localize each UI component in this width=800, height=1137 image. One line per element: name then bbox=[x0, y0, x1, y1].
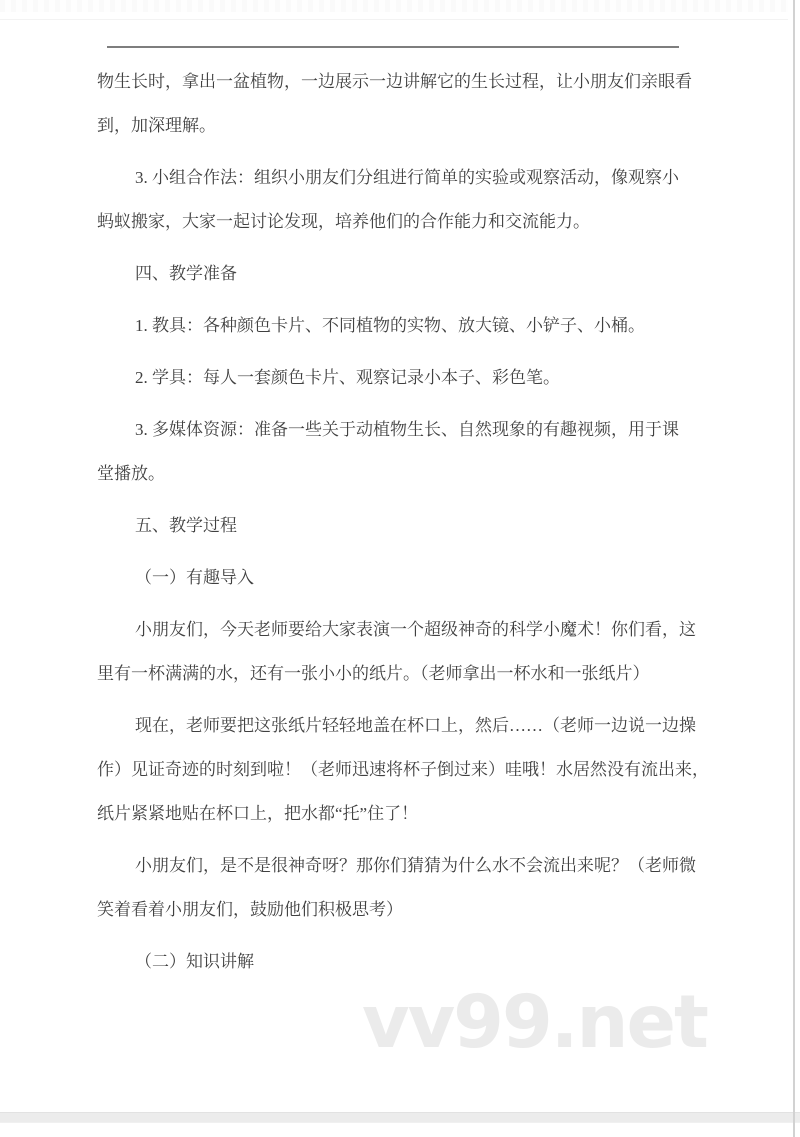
paragraph: 小朋友们，是不是很神奇呀？那你们猜猜为什么水不会流出来呢？（老师微笑着看着小朋友… bbox=[97, 844, 712, 932]
text-line: 里有一杯满满的水，还有一张小小的纸片。（老师拿出一杯水和一张纸片） bbox=[97, 652, 712, 696]
text-line: 堂播放。 bbox=[97, 452, 712, 496]
paragraph: 四、教学准备 bbox=[97, 252, 712, 296]
text-line: 笑着看着小朋友们，鼓励他们积极思考） bbox=[97, 888, 712, 932]
text-line: 3. 小组合作法：组织小朋友们分组进行简单的实验或观察活动，像观察小 bbox=[97, 156, 712, 200]
next-page-top bbox=[0, 1124, 794, 1137]
text-line: （一）有趣导入 bbox=[97, 556, 712, 600]
text-line: 到，加深理解。 bbox=[97, 104, 712, 148]
text-line: 五、教学过程 bbox=[97, 504, 712, 548]
page-gap-separator bbox=[0, 1112, 800, 1123]
document-viewer: 物生长时，拿出一盆植物，一边展示一边讲解它的生长过程，让小朋友们亲眼看到，加深理… bbox=[0, 0, 800, 1137]
paragraph: 五、教学过程 bbox=[97, 504, 712, 548]
text-line: （二）知识讲解 bbox=[97, 940, 712, 984]
text-line: 四、教学准备 bbox=[97, 252, 712, 296]
text-line: 现在，老师要把这张纸片轻轻地盖在杯口上，然后……（老师一边说一边操 bbox=[97, 704, 712, 748]
paragraph: 1. 教具：各种颜色卡片、不同植物的实物、放大镜、小铲子、小桶。 bbox=[97, 304, 712, 348]
paragraph: （一）有趣导入 bbox=[97, 556, 712, 600]
page-right-edge-border bbox=[793, 0, 795, 1137]
document-page: 物生长时，拿出一盆植物，一边展示一边讲解它的生长过程，让小朋友们亲眼看到，加深理… bbox=[0, 0, 794, 1112]
paragraph: （二）知识讲解 bbox=[97, 940, 712, 984]
text-line: 纸片紧紧地贴在杯口上，把水都“托”住了！ bbox=[97, 792, 712, 836]
text-line: 蚂蚁搬家，大家一起讨论发现，培养他们的合作能力和交流能力。 bbox=[97, 200, 712, 244]
paragraph: 物生长时，拿出一盆植物，一边展示一边讲解它的生长过程，让小朋友们亲眼看到，加深理… bbox=[97, 60, 712, 148]
paragraph: 现在，老师要把这张纸片轻轻地盖在杯口上，然后……（老师一边说一边操作）见证奇迹的… bbox=[97, 704, 712, 836]
paragraph: 2. 学具：每人一套颜色卡片、观察记录小本子、彩色笔。 bbox=[97, 356, 712, 400]
text-line: 物生长时，拿出一盆植物，一边展示一边讲解它的生长过程，让小朋友们亲眼看 bbox=[97, 60, 712, 104]
text-line: 1. 教具：各种颜色卡片、不同植物的实物、放大镜、小铲子、小桶。 bbox=[97, 304, 712, 348]
text-line: 作）见证奇迹的时刻到啦！（老师迅速将杯子倒过来）哇哦！水居然没有流出来， bbox=[97, 748, 712, 792]
text-line: 小朋友们，是不是很神奇呀？那你们猜猜为什么水不会流出来呢？（老师微 bbox=[97, 844, 712, 888]
text-line: 3. 多媒体资源：准备一些关于动植物生长、自然现象的有趣视频，用于课 bbox=[97, 408, 712, 452]
watermark-text: vv99.net bbox=[362, 986, 707, 1059]
text-line: 小朋友们，今天老师要给大家表演一个超级神奇的科学小魔术！你们看，这 bbox=[97, 608, 712, 652]
paragraph: 3. 多媒体资源：准备一些关于动植物生长、自然现象的有趣视频，用于课堂播放。 bbox=[97, 408, 712, 496]
header-rule bbox=[107, 46, 679, 48]
document-body: 物生长时，拿出一盆植物，一边展示一边讲解它的生长过程，让小朋友们亲眼看到，加深理… bbox=[97, 60, 712, 992]
paragraph: 小朋友们，今天老师要给大家表演一个超级神奇的科学小魔术！你们看，这里有一杯满满的… bbox=[97, 608, 712, 696]
paragraph: 3. 小组合作法：组织小朋友们分组进行简单的实验或观察活动，像观察小蚂蚁搬家，大… bbox=[97, 156, 712, 244]
text-line: 2. 学具：每人一套颜色卡片、观察记录小本子、彩色笔。 bbox=[97, 356, 712, 400]
previous-page-edge-line bbox=[0, 19, 788, 20]
previous-page-edge-texture bbox=[0, 0, 788, 12]
